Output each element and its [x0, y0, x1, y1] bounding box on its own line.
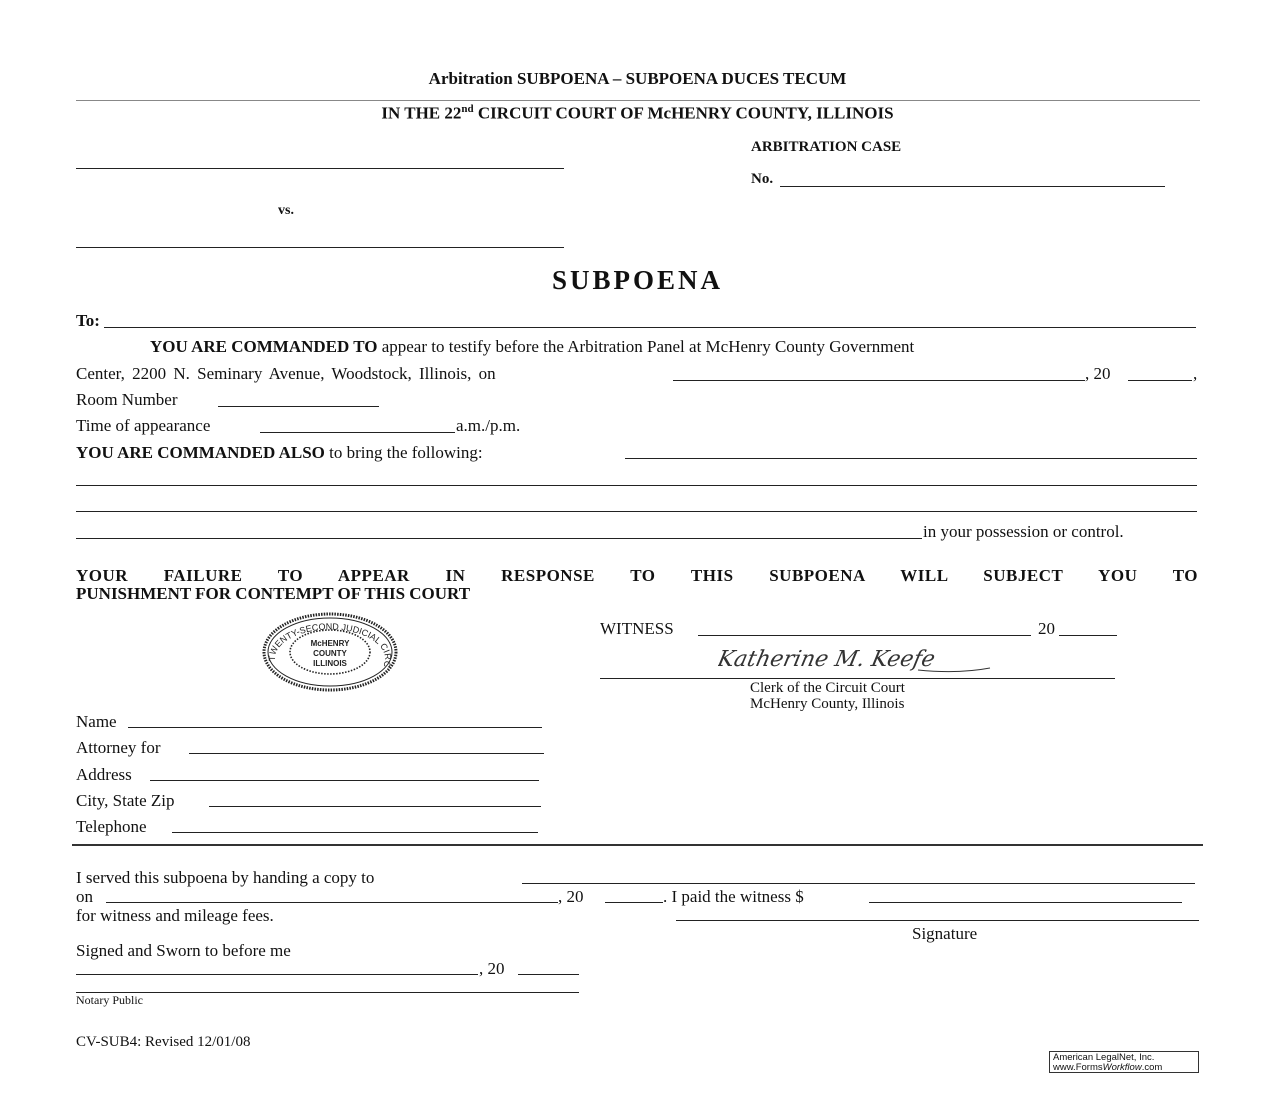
attorney-for-field[interactable] — [189, 753, 544, 754]
time-field[interactable] — [260, 432, 455, 433]
city-state-zip-field[interactable] — [209, 806, 541, 807]
svg-text:ILLINOIS: ILLINOIS — [313, 659, 347, 668]
defendant-field[interactable] — [76, 247, 564, 248]
case-no-label: No. — [751, 171, 773, 188]
city-state-zip-label: City, State Zip — [76, 791, 175, 811]
to-label: To: — [76, 311, 100, 331]
court-heading-superscript: nd — [461, 103, 473, 115]
notary-signature-field[interactable] — [76, 992, 579, 993]
paid-text: . I paid the witness $ — [663, 887, 804, 907]
appearance-year-field[interactable] — [1128, 380, 1192, 381]
also-heading: YOU ARE COMMANDED ALSO — [76, 443, 325, 462]
document-title: SUBPOENA — [0, 265, 1275, 296]
case-type-label: ARBITRATION CASE — [751, 139, 901, 156]
also-text: to bring the following: — [325, 443, 483, 462]
clerk-county: McHenry County, Illinois — [750, 696, 904, 713]
attorney-name-label: Name — [76, 712, 117, 732]
documents-field-line-2[interactable] — [76, 485, 1197, 486]
documents-field-line-4[interactable] — [76, 538, 922, 539]
court-heading-suffix: CIRCUIT COURT OF McHENRY COUNTY, ILLINOI… — [474, 104, 894, 123]
appearance-date-field[interactable] — [673, 380, 1085, 381]
attorney-for-label: Attorney for — [76, 738, 161, 758]
svg-text:McHENRY: McHENRY — [311, 639, 350, 648]
witness-year-field[interactable] — [1059, 635, 1117, 636]
telephone-label: Telephone — [76, 817, 147, 837]
versus-label: vs. — [278, 203, 294, 219]
witness-field[interactable] — [698, 635, 1031, 636]
telephone-field[interactable] — [172, 832, 538, 833]
case-number-field[interactable] — [780, 186, 1165, 187]
court-heading-prefix: IN THE 22 — [381, 104, 461, 123]
form-revision: CV-SUB4: Revised 12/01/08 — [76, 1034, 250, 1051]
section-divider — [72, 844, 1203, 846]
paid-amount-field[interactable] — [869, 902, 1182, 903]
signature-label: Signature — [912, 924, 977, 944]
attorney-name-field[interactable] — [128, 727, 542, 728]
warning-line-2: PUNISHMENT FOR CONTEMPT OF THIS COURT — [76, 584, 470, 604]
court-seal: TWENTY-SECOND JUDICIAL CIRCUIT COURT McH… — [262, 612, 398, 692]
served-person-field[interactable] — [522, 883, 1195, 884]
time-label: Time of appearance — [76, 416, 210, 436]
clerk-title: Clerk of the Circuit Court — [750, 680, 905, 697]
year-prefix: , 20 — [1085, 364, 1111, 384]
server-signature-field[interactable] — [676, 920, 1199, 921]
clerk-signature: Katherine M. Keefe — [718, 640, 998, 678]
court-heading: IN THE 22nd CIRCUIT COURT OF McHENRY COU… — [0, 103, 1275, 124]
svg-text:Katherine M. Keefe: Katherine M. Keefe — [718, 646, 937, 672]
form-title: Arbitration SUBPOENA – SUBPOENA DUCES TE… — [0, 69, 1275, 89]
served-text: I served this subpoena by handing a copy… — [76, 868, 374, 888]
sworn-year-prefix: , 20 — [479, 959, 505, 979]
time-suffix: a.m./p.m. — [456, 416, 520, 436]
location-text: Center, 2200 N. Seminary Avenue, Woodsto… — [76, 364, 496, 384]
publisher-url[interactable]: www.FormsWorkflow.com — [1053, 1063, 1195, 1073]
header-rule — [76, 100, 1200, 101]
commanded-heading: YOU ARE COMMANDED TO — [150, 337, 377, 356]
witness-label: WITNESS — [600, 619, 674, 639]
also-paragraph: YOU ARE COMMANDED ALSO to bring the foll… — [76, 443, 483, 463]
clerk-signature-line — [600, 678, 1115, 679]
sworn-text: Signed and Sworn to before me — [76, 941, 291, 961]
room-number-field[interactable] — [218, 406, 379, 407]
witness-year-prefix: 20 — [1038, 619, 1055, 639]
documents-field-line-3[interactable] — [76, 511, 1197, 512]
plaintiff-field[interactable] — [76, 168, 564, 169]
year-comma: , — [1193, 364, 1197, 384]
warning-line-1: YOUR FAILURE TO APPEAR IN RESPONSE TO TH… — [76, 566, 1198, 586]
svg-text:COUNTY: COUNTY — [313, 649, 347, 658]
service-year-field[interactable] — [605, 902, 663, 903]
documents-field-line-1[interactable] — [625, 458, 1197, 459]
notary-label: Notary Public — [76, 993, 143, 1008]
address-field[interactable] — [150, 780, 539, 781]
fees-text: for witness and mileage fees. — [76, 906, 274, 926]
possession-text: in your possession or control. — [923, 522, 1124, 542]
service-date-field[interactable] — [106, 902, 558, 903]
publisher-box: American LegalNet, Inc. www.FormsWorkflo… — [1049, 1051, 1199, 1073]
commanded-paragraph: YOU ARE COMMANDED TO appear to testify b… — [150, 337, 914, 357]
room-label: Room Number — [76, 390, 178, 410]
to-field[interactable] — [104, 327, 1196, 328]
service-year-prefix: , 20 — [558, 887, 584, 907]
sworn-year-field[interactable] — [518, 974, 579, 975]
sworn-date-field[interactable] — [76, 974, 478, 975]
commanded-text: appear to testify before the Arbitration… — [377, 337, 914, 356]
on-label: on — [76, 887, 93, 907]
address-label: Address — [76, 765, 132, 785]
